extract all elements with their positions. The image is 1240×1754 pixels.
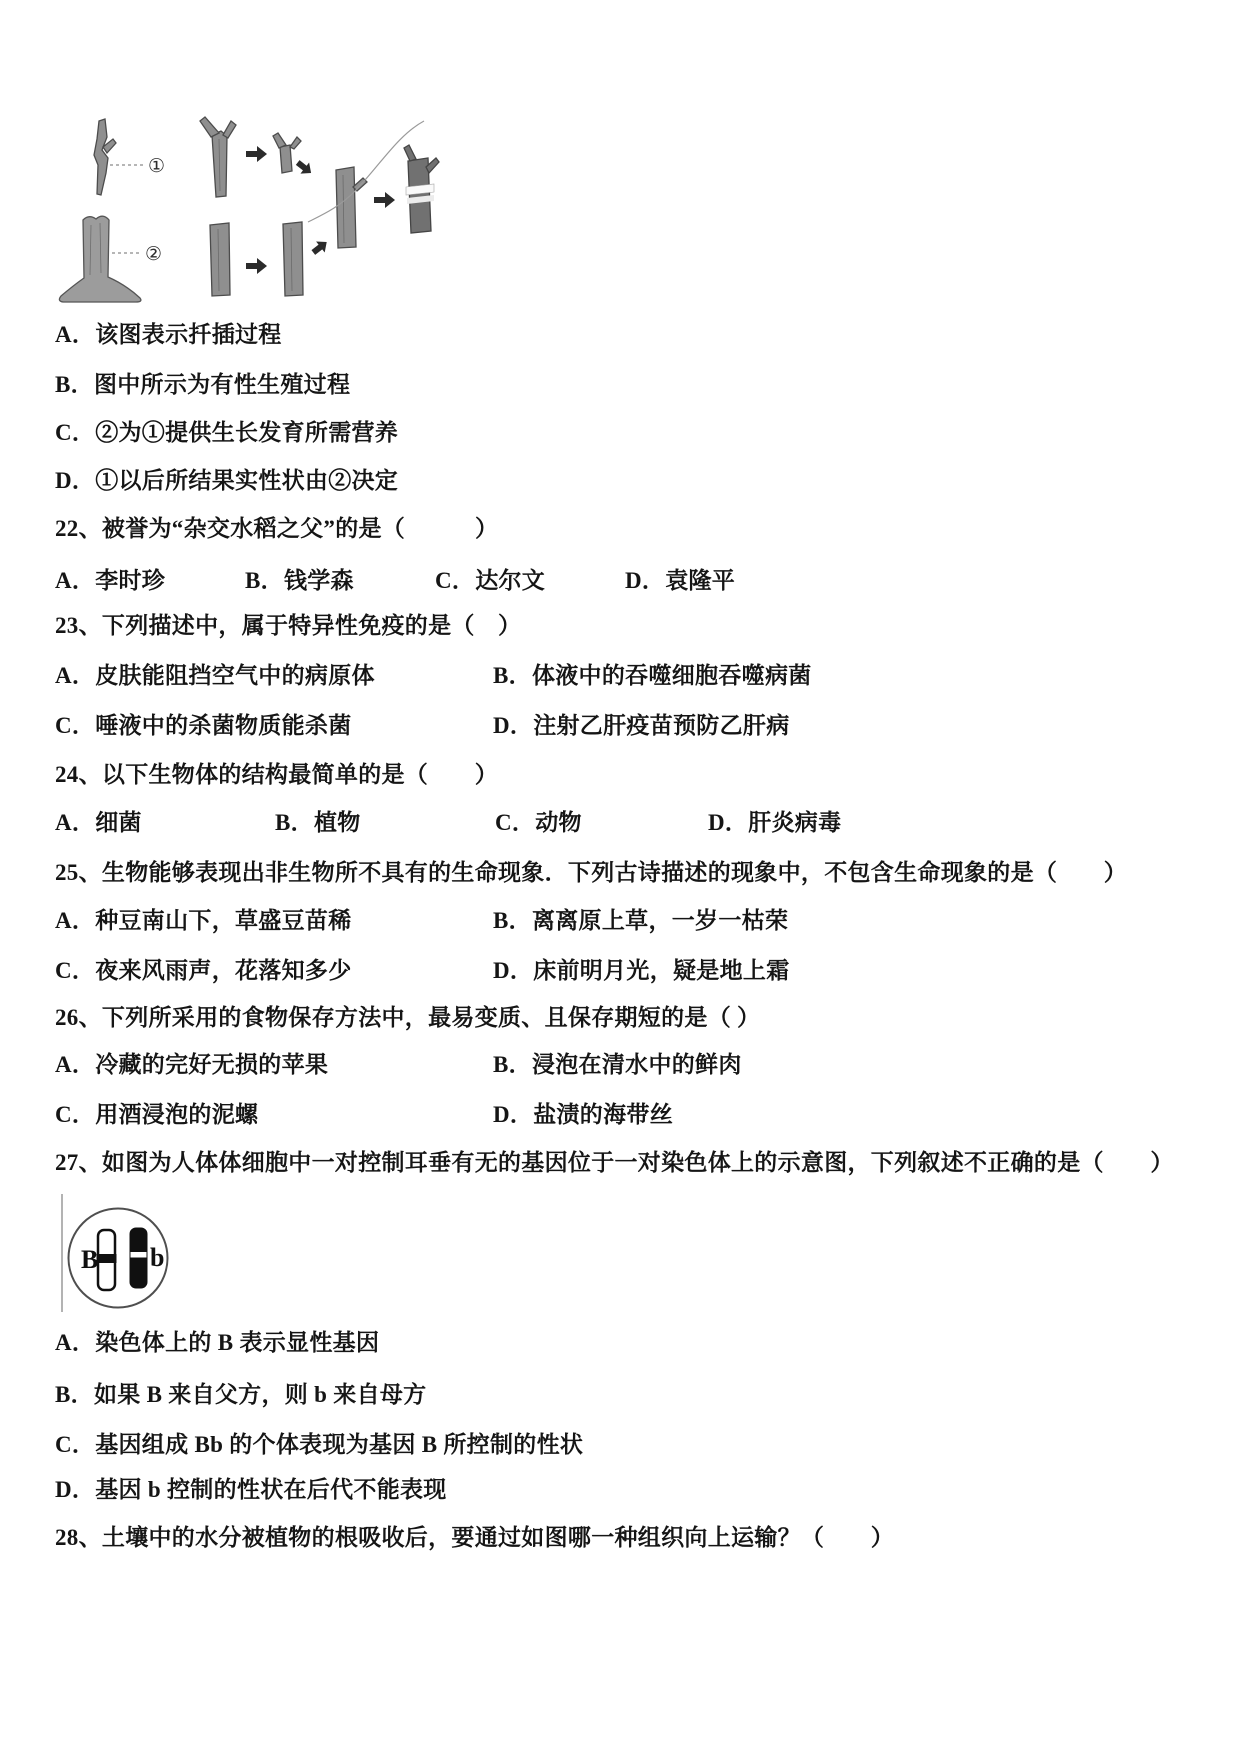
arrow-right-1 xyxy=(246,146,267,162)
graft-branch-forked xyxy=(200,117,236,197)
graft-rootstock xyxy=(59,216,140,302)
q23-option-a: A．皮肤能阻挡空气中的病原体 xyxy=(55,661,375,691)
q21-option-b: B．图中所示为有性生殖过程 xyxy=(55,370,350,400)
graft-figure: ① ② xyxy=(50,95,450,310)
q23-option-c: C．唾液中的杀菌物质能杀菌 xyxy=(55,711,352,741)
q24-option-b: B．植物 xyxy=(275,808,361,838)
stock-label: ② xyxy=(145,243,162,265)
q25-option-a: A．种豆南山下，草盛豆苗稀 xyxy=(55,906,352,936)
q23-option-b: B．体液中的吞噬细胞吞噬病菌 xyxy=(493,661,812,691)
q27-stem: 27、如图为人体体细胞中一对控制耳垂有无的基因位于一对染色体上的示意图，下列叙述… xyxy=(55,1148,1174,1178)
q27-option-b: B．如果 B 来自父方，则 b 来自母方 xyxy=(55,1380,426,1410)
graft-stock-piece-1 xyxy=(210,223,230,296)
q21-option-c: C．②为①提供生长发育所需营养 xyxy=(55,418,398,448)
q25-option-c: C．夜来风雨声，花落知多少 xyxy=(55,956,352,986)
chromosome-figure: B b xyxy=(55,1192,185,1314)
q22-option-d: D．袁隆平 xyxy=(625,566,735,596)
q28-stem: 28、土壤中的水分被植物的根吸收后，要通过如图哪一种组织向上运输？（ ） xyxy=(55,1523,894,1553)
arrow-down-right xyxy=(293,157,315,178)
q27-option-c: C．基因组成 Bb 的个体表现为基因 B 所控制的性状 xyxy=(55,1430,583,1460)
scion-label: ① xyxy=(148,155,165,177)
exam-page: ① ② xyxy=(0,0,1240,1754)
arrow-up-right xyxy=(309,237,331,258)
q22-stem: 22、被誉为“杂交水稻之父”的是（ ） xyxy=(55,514,498,544)
q24-option-c: C．动物 xyxy=(495,808,582,838)
gene-label-recessive: b xyxy=(150,1243,164,1272)
q22-option-b: B．钱学森 xyxy=(245,566,354,596)
arrow-right-2 xyxy=(374,192,395,208)
arrow-right-3 xyxy=(246,258,267,274)
q25-option-d: D．床前明月光，疑是地上霜 xyxy=(493,956,790,986)
q26-option-a: A．冷藏的完好无损的苹果 xyxy=(55,1050,328,1080)
q22-option-a: A．李时珍 xyxy=(55,566,165,596)
graft-scion-twig xyxy=(94,119,116,195)
q27-option-d: D．基因 b 控制的性状在后代不能表现 xyxy=(55,1475,447,1505)
q26-option-d: D．盐渍的海带丝 xyxy=(493,1100,673,1130)
chromosome-right xyxy=(130,1228,147,1288)
graft-wrapped-result xyxy=(404,145,439,233)
chromosome-left xyxy=(97,1230,117,1290)
q27-option-a: A．染色体上的 B 表示显性基因 xyxy=(55,1328,379,1358)
binding-string xyxy=(308,121,424,222)
graft-cut-scion xyxy=(273,133,301,173)
gene-label-dominant: B xyxy=(81,1245,98,1274)
q25-option-b: B．离离原上草，一岁一枯荣 xyxy=(493,906,788,936)
graft-joined-stem xyxy=(336,167,367,248)
q23-stem: 23、下列描述中，属于特异性免疫的是（ ） xyxy=(55,611,521,641)
q24-option-d: D．肝炎病毒 xyxy=(708,808,841,838)
q21-option-d: D．①以后所结果实性状由②决定 xyxy=(55,466,398,496)
q23-option-d: D．注射乙肝疫苗预防乙肝病 xyxy=(493,711,790,741)
q22-option-c: C．达尔文 xyxy=(435,566,545,596)
q25-stem: 25、生物能够表现出非生物所不具有的生命现象．下列古诗描述的现象中，不包含生命现… xyxy=(55,858,1127,888)
q21-option-a: A．该图表示扦插过程 xyxy=(55,320,282,350)
q24-stem: 24、以下生物体的结构最简单的是（ ） xyxy=(55,760,498,790)
q26-option-c: C．用酒浸泡的泥螺 xyxy=(55,1100,258,1130)
graft-stock-piece-2 xyxy=(283,222,303,296)
q26-option-b: B．浸泡在清水中的鲜肉 xyxy=(493,1050,742,1080)
q26-stem: 26、下列所采用的食物保存方法中，最易变质、且保存期短的是（ ） xyxy=(55,1003,760,1033)
q24-option-a: A．细菌 xyxy=(55,808,142,838)
